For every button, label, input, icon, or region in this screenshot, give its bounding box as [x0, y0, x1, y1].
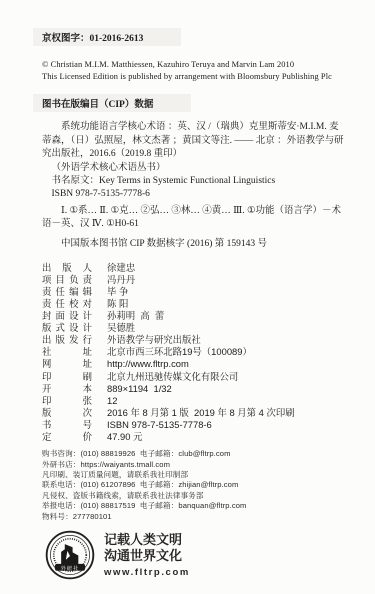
imprint-row-project-lead: 项目负责冯丹丹: [42, 274, 345, 286]
imprint-label: 定价: [42, 431, 92, 443]
imprint-row-isbn: 书号ISBN 978-7-5135-7778-6: [42, 419, 345, 431]
imprint-row-cover-design: 封面设计孙莉明 高 蕾: [42, 310, 345, 322]
copyright-block: © Christian M.I.M. Matthiessen, Kazuhiro…: [42, 59, 345, 82]
contact-material-number-line: 物料号：277780101: [42, 512, 345, 522]
cip-heading: 图书在版编目（CIP）数据: [42, 94, 345, 112]
imprint-value: 孙莉明 高 蕾: [107, 310, 164, 322]
imprint-label: 版次: [42, 407, 92, 419]
contact-phone-line: 联系电话：(010) 61207896 电子邮箱：zhijian@fltrp.c…: [42, 480, 345, 490]
imprint-row-layout-design: 版式设计吴德胜: [42, 322, 345, 334]
imprint-value: 889×1194 1/32: [107, 383, 172, 395]
seal-banner-text: 外研社: [61, 564, 80, 572]
imprint-value: 吴德胜: [107, 322, 135, 334]
imprint-label: 印张: [42, 395, 92, 407]
imprint-value: 外语教学与研究出版社: [107, 334, 201, 346]
contact-print-quality-line: 凡印刷、装订质量问题，请联系我社印制部: [42, 470, 345, 480]
imprint-label: 社址: [42, 346, 92, 358]
imprint-row-sheets: 印张12: [42, 395, 345, 407]
imprint-row-edition: 版次2016 年 8 月第 1 版 2019 年 8 月第 4 次印刷: [42, 407, 345, 419]
contact-piracy-line: 凡侵权、盗版书籍线索，请联系我社法律事务部: [42, 491, 345, 501]
imprint-row-address: 社址北京市西三环北路19号（100089）: [42, 346, 345, 358]
imprint-row-proofreader: 责任校对陈 阳: [42, 298, 345, 310]
copyright-line-2: This Licensed Edition is published by ar…: [42, 71, 345, 83]
imprint-value: 陈 阳: [107, 298, 128, 310]
cip-series-note: （外语学术核心术语丛书）: [42, 162, 345, 175]
imprint-row-price: 定价47.90 元: [42, 431, 345, 443]
cip-classification: Ⅰ. ①系… Ⅱ. ①克… ②弘… ③林… ④黄… Ⅲ. ①功能（语言学）－术语…: [42, 205, 345, 231]
imprint-value: 徐建忠: [107, 262, 135, 274]
imprint-label: 项目负责: [42, 274, 92, 286]
imprint-row-format: 开本889×1194 1/32: [42, 383, 345, 395]
copyright-line-1: © Christian M.I.M. Matthiessen, Kazuhiro…: [42, 59, 345, 71]
cip-description: 系统功能语言学核心术语 ：英、汉 /（瑞典）克里斯蒂安·M.I.M. 麦蒂森，（…: [42, 121, 345, 162]
imprint-value: ISBN 978-7-5135-7778-6: [107, 419, 212, 431]
imprint-label: 印刷: [42, 371, 92, 383]
fltrp-seal-logo: 外研社: [45, 530, 95, 580]
footer-text-block: 记载人类文明 沟通世界文化 www.fltrp.com: [104, 532, 190, 578]
cip-isbn: ISBN 978-7-5135-7778-6: [42, 188, 345, 201]
publisher-website: www.fltrp.com: [104, 567, 190, 578]
imprint-value: 毕 争: [107, 286, 128, 298]
imprint-value: 12: [107, 395, 117, 407]
imprint-row-publisher: 出版人徐建忠: [42, 262, 345, 274]
imprint-label: 出版人: [42, 262, 92, 274]
imprint-value: 2016 年 8 月第 1 版 2019 年 8 月第 4 次印刷: [107, 407, 295, 419]
cip-heading-text: 图书在版编目（CIP）数据: [33, 94, 191, 112]
book-copyright-page: 京权图字：01-2016-2613 © Christian M.I.M. Mat…: [0, 0, 375, 594]
contact-bookstore-line: 外研书店：https://waiyants.tmall.com: [42, 460, 345, 470]
slogan-line-2: 沟通世界文化: [104, 548, 190, 565]
imprint-row-printer: 印刷北京九州迅驰传媒文化有限公司: [42, 371, 345, 383]
imprint-value: 北京市西三环北路19号（100089）: [107, 346, 252, 358]
cip-original-title: 书名原文：Key Terms in Systemic Functional Li…: [42, 175, 345, 188]
imprint-label: 出版发行: [42, 334, 92, 346]
cip-record-number: 中国版本图书馆 CIP 数据核字 (2016) 第 159143 号: [42, 238, 345, 251]
imprint-label: 版式设计: [42, 322, 92, 334]
imprint-label: 责任编辑: [42, 286, 92, 298]
imprint-row-publishing-house: 出版发行外语教学与研究出版社: [42, 334, 345, 346]
imprint-value: 47.90 元: [107, 431, 142, 443]
contact-report-line: 举报电话：(010) 88817519 电子邮箱：banquan@fltrp.c…: [42, 501, 345, 511]
page-content: 京权图字：01-2016-2613 © Christian M.I.M. Mat…: [42, 28, 345, 580]
imprint-label: 封面设计: [42, 310, 92, 322]
imprint-label: 网址: [42, 358, 92, 370]
imprint-label: 责任校对: [42, 298, 92, 310]
imprint-value: http://www.fltrp.com: [107, 358, 189, 370]
rights-registration-line: 京权图字：01-2016-2613: [42, 28, 345, 46]
slogan-line-1: 记载人类文明: [104, 532, 190, 549]
imprint-row-website: 网址http://www.fltrp.com: [42, 358, 345, 370]
publisher-footer: 外研社 记载人类文明 沟通世界文化 www.fltrp.com: [42, 530, 345, 580]
imprint-value: 冯丹丹: [107, 274, 135, 286]
imprint-label: 开本: [42, 383, 92, 395]
imprint-list: 出版人徐建忠 项目负责冯丹丹 责任编辑毕 争 责任校对陈 阳 封面设计孙莉明 高…: [42, 262, 345, 443]
imprint-label: 书号: [42, 419, 92, 431]
rights-registration-text: 京权图字：01-2016-2613: [33, 28, 181, 46]
imprint-row-editor: 责任编辑毕 争: [42, 286, 345, 298]
contact-purchase-line: 购书咨询：(010) 88819926 电子邮箱：club@fltrp.com: [42, 449, 345, 459]
contact-block: 购书咨询：(010) 88819926 电子邮箱：club@fltrp.com …: [42, 449, 345, 522]
imprint-value: 北京九州迅驰传媒文化有限公司: [107, 371, 238, 383]
seal-emblem: [61, 544, 78, 564]
